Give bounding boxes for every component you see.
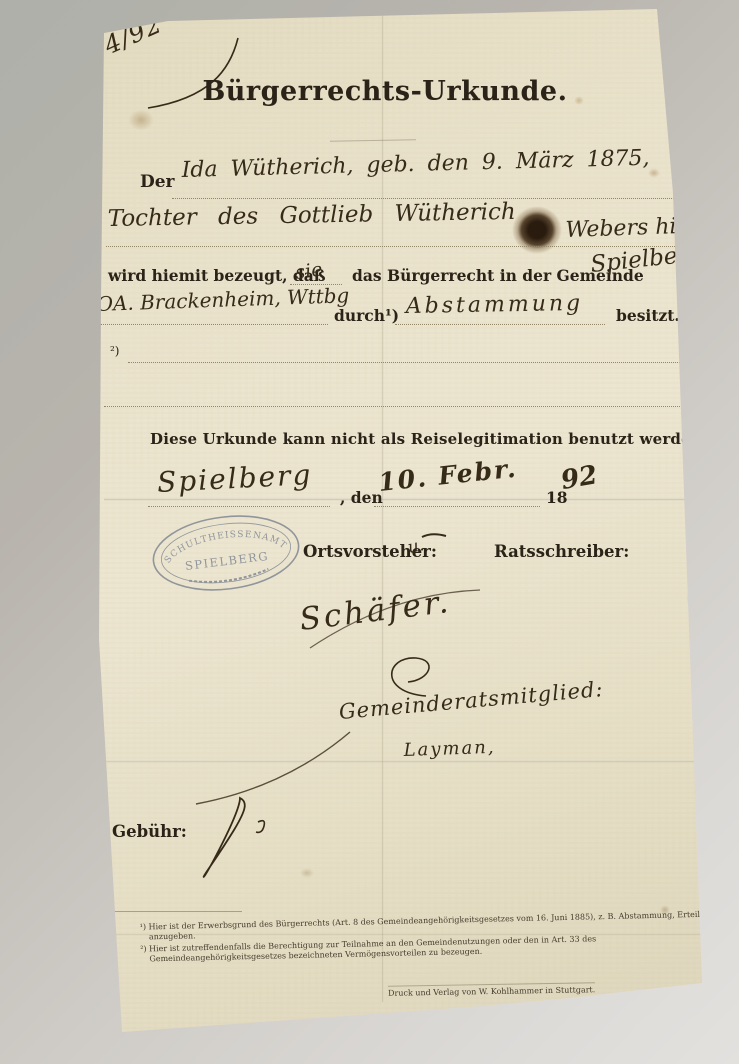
note2-marker: ²) <box>110 344 120 358</box>
salutation-label: Der <box>140 172 175 192</box>
mayor-signature-flourish <box>280 588 490 658</box>
fill-line-4b <box>395 324 605 325</box>
handwritten-acquisition: Abstammung <box>406 291 584 319</box>
fill-line-5 <box>128 362 712 363</box>
handwritten-pronoun: sie <box>294 258 324 284</box>
besitzt-label: besitzt. <box>616 306 680 325</box>
ratsschreiber-label: Ratsschreiber: <box>494 542 629 561</box>
document-paper: 94/92 Bürgerrechts-Urkunde. Der Ida Wüth… <box>0 0 739 1064</box>
travel-notice: Diese Urkunde kann nicht als Reiselegiti… <box>150 430 707 448</box>
document-title: Bürgerrechts-Urkunde. <box>104 76 666 107</box>
horizontal-fold-crease-1 <box>104 498 700 501</box>
fill-line-6 <box>104 406 714 407</box>
durch-label: durch¹) <box>334 306 399 325</box>
stamp-center-text: SPIELBERG <box>184 549 269 573</box>
handwritten-parent-line-end: Webers hier, <box>565 213 705 243</box>
council-name-signature: Layman, <box>403 737 496 761</box>
fill-line-2 <box>106 246 683 247</box>
ortsvorsteher-mark-dash <box>420 531 450 541</box>
fee-label: Gebühr: <box>112 822 187 841</box>
stain-top-left <box>55 45 103 87</box>
certify-text-a: wird hiemit bezeugt, daß <box>108 266 326 285</box>
den-label: , den <box>340 488 383 507</box>
fill-line-4a <box>100 324 328 325</box>
footnote-rule <box>104 911 242 912</box>
photo-scene: 94/92 Bürgerrechts-Urkunde. Der Ida Wüth… <box>0 0 739 1064</box>
fill-line-1 <box>172 198 682 199</box>
fee-handwritten-mark <box>188 792 288 887</box>
fill-line-date <box>374 506 540 507</box>
handwritten-year: 92 <box>559 460 600 496</box>
